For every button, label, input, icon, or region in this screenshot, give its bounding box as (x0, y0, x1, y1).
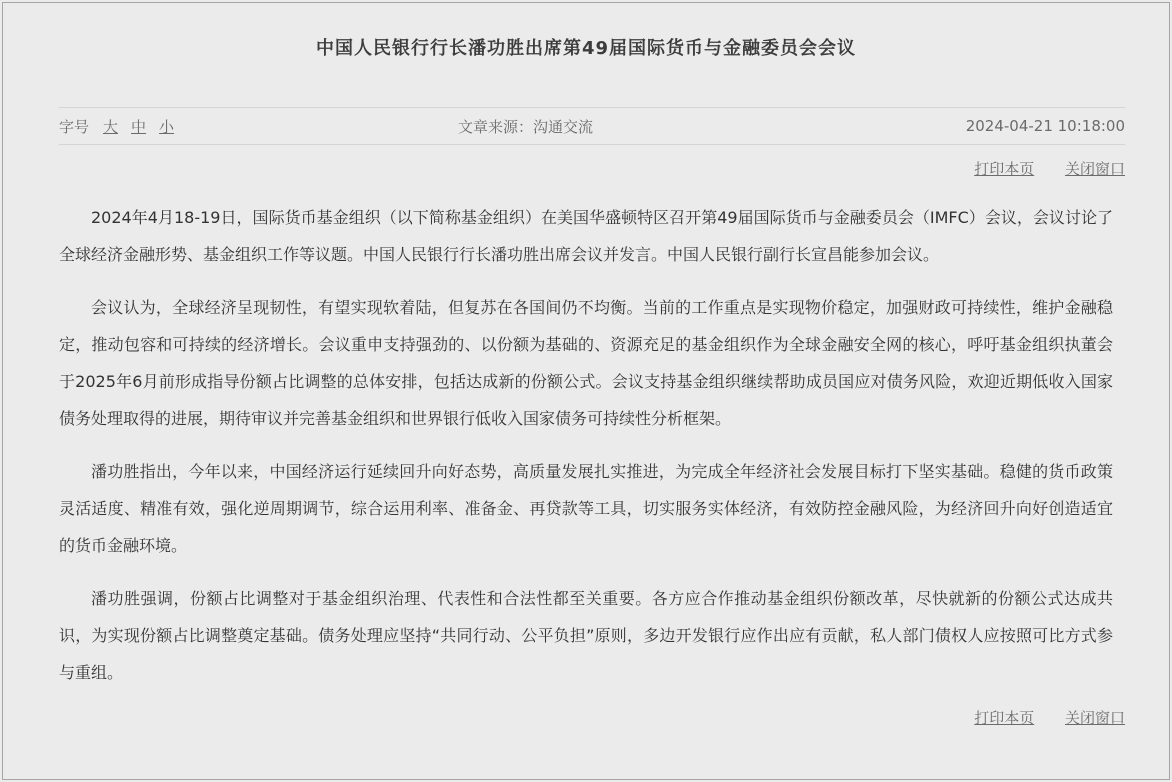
print-page-link[interactable]: 打印本页 (974, 160, 1034, 178)
font-size-controls: 字号 大 中 小 (59, 116, 187, 137)
article-source-value: 沟通交流 (533, 116, 593, 137)
article-body: 2024年4月18-19日，国际货币基金组织（以下简称基金组织）在美国华盛顿特区… (59, 199, 1113, 691)
article-paragraph: 潘功胜强调，份额占比调整对于基金组织治理、代表性和合法性都至关重要。各方应合作推… (59, 580, 1113, 691)
font-size-large-link[interactable]: 大 (103, 116, 118, 137)
article-paragraph: 会议认为，全球经济呈现韧性，有望实现软着陆，但复苏在各国间仍不均衡。当前的工作重… (59, 289, 1113, 437)
font-size-medium-link[interactable]: 中 (131, 116, 146, 137)
article-paragraph: 2024年4月18-19日，国际货币基金组织（以下简称基金组织）在美国华盛顿特区… (59, 199, 1113, 273)
font-size-small-link[interactable]: 小 (159, 116, 174, 137)
article-toolbar: 字号 大 中 小 文章来源：沟通交流 2024-04-21 10:18:00 (59, 107, 1125, 145)
article-source-label: 文章来源： (458, 116, 533, 137)
article-source: 文章来源：沟通交流 (458, 108, 593, 144)
article-page: 中国人民银行行长潘功胜出席第49届国际货币与金融委员会会议 字号 大 中 小 文… (2, 2, 1170, 780)
font-size-label: 字号 (59, 116, 89, 137)
article-paragraph: 潘功胜指出，今年以来，中国经济运行延续回升向好态势，高质量发展扎实推进，为完成全… (59, 453, 1113, 564)
close-window-link-bottom[interactable]: 关闭窗口 (1065, 709, 1125, 727)
print-page-link-bottom[interactable]: 打印本页 (974, 709, 1034, 727)
publish-timestamp: 2024-04-21 10:18:00 (966, 117, 1125, 135)
close-window-link[interactable]: 关闭窗口 (1065, 160, 1125, 178)
page-actions-bottom: 打印本页 关闭窗口 (59, 707, 1125, 728)
page-actions-top: 打印本页 关闭窗口 (59, 158, 1125, 179)
page-title: 中国人民银行行长潘功胜出席第49届国际货币与金融委员会会议 (43, 34, 1129, 60)
